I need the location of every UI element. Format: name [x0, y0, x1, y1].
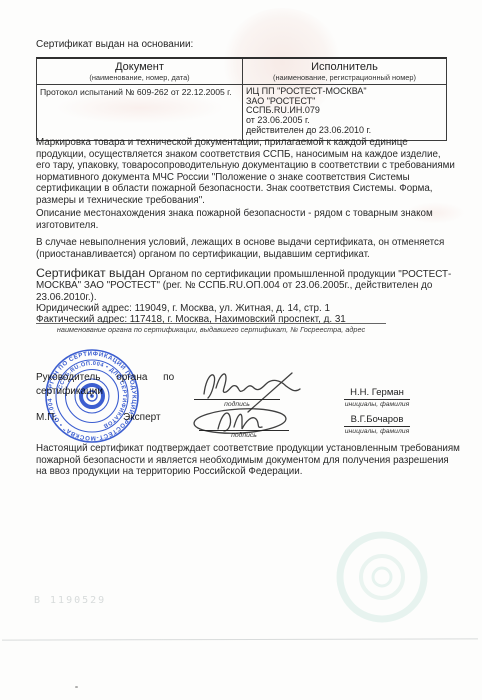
issuer-underline	[36, 323, 386, 324]
scan-fold-line	[2, 638, 478, 640]
expert-name: В.Г.Бочаров	[344, 414, 410, 425]
certificate-scan-page: Сертификат выдан на основании: Документ …	[0, 0, 482, 700]
document-column-title: Документ	[39, 61, 240, 73]
basis-table-data-row: Протокол испытаний № 609-262 от 22.12.20…	[37, 85, 446, 140]
document-column-subtitle: (наименование, номер, дата)	[39, 73, 240, 82]
mark-location-paragraph: Описание местонахождения знака пожарной …	[36, 208, 456, 231]
final-statement-paragraph: Настоящий сертификат подтверждает соотве…	[36, 443, 460, 478]
scan-speck	[75, 686, 78, 688]
document-column-header: Документ (наименование, номер, дата)	[37, 59, 243, 84]
issued-by-lead: Сертификат выдан	[36, 266, 149, 280]
expert-signature-ink	[188, 403, 300, 441]
head-name: Н.Н. Герман	[344, 387, 410, 398]
expert-name-line	[344, 426, 410, 427]
basis-table-header-row: Документ (наименование, номер, дата) Исп…	[37, 59, 446, 85]
executor-column-subtitle: (наименование, регистрационный номер)	[245, 73, 444, 82]
head-name-caption: инициалы, фамилия	[344, 401, 410, 408]
head-name-line	[344, 399, 410, 400]
document-cell: Протокол испытаний № 609-262 от 22.12.20…	[37, 85, 243, 140]
legal-address: Юридический адрес: 119049, г. Москва, ул…	[36, 303, 460, 314]
issued-by-block: Сертификат выдан Органом по сертификации…	[36, 268, 460, 325]
test-protocol-text: Протокол испытаний № 609-262 от 22.12.20…	[40, 87, 239, 97]
certification-body-stamp: ОРГАН ПО СЕРТИФИКАЦИИ ПРОДУКЦИИ "РОСТЕСТ…	[42, 346, 142, 446]
reverse-stamp-bleed-rings	[330, 527, 440, 631]
executor-line: действителен до 23.06.2010 г.	[246, 126, 443, 136]
issuer-underline-caption: наименование органа по сертификации, выд…	[36, 325, 386, 334]
form-serial-number: В 1190529	[34, 595, 106, 606]
executor-column-title: Исполнитель	[245, 61, 444, 73]
cancellation-paragraph: В случае невыполнения условий, лежащих в…	[36, 237, 460, 260]
executor-column-header: Исполнитель (наименование, регистрационн…	[243, 59, 446, 84]
basis-table: Документ (наименование, номер, дата) Исп…	[36, 57, 447, 141]
marking-paragraph: Маркировка товара и технической документ…	[36, 137, 456, 206]
executor-cell: ИЦ ПП "РОСТЕСТ-МОСКВА" ЗАО "РОСТЕСТ" ССП…	[243, 85, 446, 140]
expert-name-caption: инициалы, фамилия	[344, 428, 410, 435]
issued-on-basis-heading: Сертификат выдан на основании:	[36, 39, 193, 50]
